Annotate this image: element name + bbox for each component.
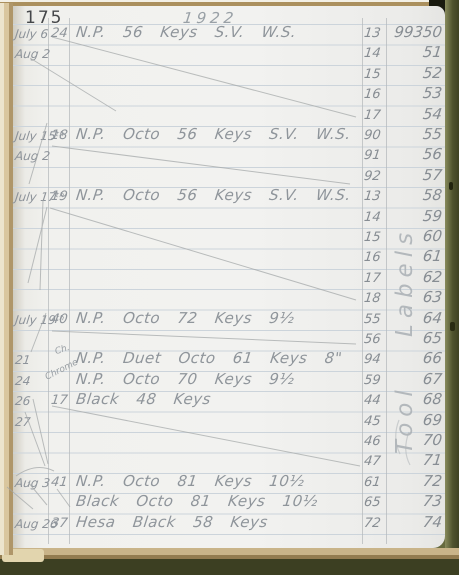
cell-date: 27 xyxy=(14,412,32,433)
cell-n1: 16 xyxy=(363,84,382,105)
ledger-row: 4670 xyxy=(13,432,445,453)
cell-n2: 67 xyxy=(383,369,444,390)
cell-n1: 14 xyxy=(363,43,382,64)
cell-n2: 56 xyxy=(383,144,444,165)
cell-n2: 68 xyxy=(383,389,444,410)
page-stack-bottom-edge xyxy=(0,548,459,575)
cell-n2: 63 xyxy=(383,287,444,308)
ledger-row: July 17ᵗʰ19N.P. Octo 56 Keys S.V. W.S.13… xyxy=(13,187,445,208)
cell-n2: 65 xyxy=(383,328,444,349)
cell-n1: 56 xyxy=(363,329,382,350)
cell-n2: 69 xyxy=(383,410,444,431)
cell-n1: 13 xyxy=(363,186,382,207)
ledger-row: 1653 xyxy=(13,85,445,106)
cell-n2: 70 xyxy=(383,430,444,451)
cell-desc: N.P. Octo 56 Keys S.V. W.S. xyxy=(75,124,352,145)
cell-n1: 46 xyxy=(363,431,382,452)
cell-n2: 62 xyxy=(383,267,444,288)
cell-n2: 74 xyxy=(383,512,444,533)
cell-n2: 53 xyxy=(383,83,444,104)
cell-n1: 45 xyxy=(363,411,382,432)
cell-n1: 17 xyxy=(363,105,382,126)
cell-n2: 66 xyxy=(383,348,444,369)
cell-desc: Black 48 Keys xyxy=(75,389,213,410)
ledger-row: 2617Black 48 Keys4468 xyxy=(13,391,445,412)
cell-n1: 44 xyxy=(363,390,382,411)
cell-item: 19 xyxy=(50,186,69,207)
cell-n2: 51 xyxy=(383,42,444,63)
cell-n1: 92 xyxy=(363,166,382,187)
cover-speck xyxy=(450,322,455,331)
cell-n2: 99350 xyxy=(383,22,444,43)
cell-date: 24 xyxy=(14,371,32,392)
binding-edge-left xyxy=(0,3,13,555)
cell-n1: 94 xyxy=(363,349,382,370)
cell-desc: Black Octo 81 Keys 10½ xyxy=(75,491,319,512)
cell-n1: 65 xyxy=(363,492,382,513)
ledger-row: 1560 xyxy=(13,228,445,249)
scanned-ledger-photo: 175 1922 Tool Labels Ch. Chrome July 624… xyxy=(0,0,459,575)
cell-n1: 55 xyxy=(363,309,382,330)
cell-item: 37 xyxy=(50,513,69,534)
ledger-row: July 19ᵗʰ40N.P. Octo 72 Keys 9½5564 xyxy=(13,310,445,331)
cell-item: 40 xyxy=(50,309,69,330)
cell-desc: N.P. Octo 81 Keys 10½ xyxy=(75,471,306,492)
cell-n2: 52 xyxy=(383,63,444,84)
cell-n1: 15 xyxy=(363,64,382,85)
cell-date: July 6 xyxy=(14,24,50,45)
ledger-row: 1762 xyxy=(13,269,445,290)
ledger-row: July 624N.P. 56 Keys S.V. W.S.1399350 xyxy=(13,24,445,45)
cell-n1: 14 xyxy=(363,207,382,228)
cell-desc: N.P. 56 Keys S.V. W.S. xyxy=(75,22,298,43)
cell-n1: 13 xyxy=(363,23,382,44)
cell-date: Aug 2 xyxy=(14,44,51,65)
cell-n1: 91 xyxy=(363,145,382,166)
ledger-row: Aug 2637Hesa Black 58 Keys7274 xyxy=(13,514,445,535)
cell-n1: 47 xyxy=(363,451,382,472)
cell-n1: 15 xyxy=(363,227,382,248)
cell-desc: N.P. Octo 56 Keys S.V. W.S. xyxy=(75,185,352,206)
cell-n2: 54 xyxy=(383,104,444,125)
cell-n1: 90 xyxy=(363,125,382,146)
cell-desc: N.P. Octo 72 Keys 9½ xyxy=(75,308,296,329)
ledger-row: 1459 xyxy=(13,208,445,229)
cell-n1: 59 xyxy=(363,370,382,391)
cell-n2: 71 xyxy=(383,450,444,471)
cell-n1: 18 xyxy=(363,288,382,309)
cell-n2: 58 xyxy=(383,185,444,206)
cell-date: Aug 2 xyxy=(14,146,51,167)
cell-item: 24 xyxy=(50,23,69,44)
cell-n2: 61 xyxy=(383,246,444,267)
cell-n2: 64 xyxy=(383,308,444,329)
ledger-row: Aug 29156 xyxy=(13,146,445,167)
ledger-row: 1552 xyxy=(13,65,445,86)
cell-n2: 60 xyxy=(383,226,444,247)
ledger-row: Aug 21451 xyxy=(13,44,445,65)
cell-item: 17 xyxy=(50,390,69,411)
ledger-row: 1661 xyxy=(13,248,445,269)
ledger-row: 274569 xyxy=(13,412,445,433)
ledger-page: 175 1922 Tool Labels Ch. Chrome July 624… xyxy=(13,6,445,548)
cell-n1: 61 xyxy=(363,472,382,493)
ledger-row: July 15ᵗʰ18N.P. Octo 56 Keys S.V. W.S.90… xyxy=(13,126,445,147)
cell-n2: 73 xyxy=(383,491,444,512)
cell-date: Aug 3 xyxy=(14,473,51,494)
book-cover-right xyxy=(445,0,459,575)
cell-item: 41 xyxy=(50,472,69,493)
cell-desc: Hesa Black 58 Keys xyxy=(75,512,269,533)
cell-desc: N.P. Octo 70 Keys 9½ xyxy=(75,369,296,390)
cell-n2: 59 xyxy=(383,206,444,227)
cell-n2: 57 xyxy=(383,165,444,186)
cell-item: 18 xyxy=(50,125,69,146)
cell-date: 21 xyxy=(14,350,32,371)
cell-n1: 16 xyxy=(363,247,382,268)
cell-n2: 55 xyxy=(383,124,444,145)
cell-n1: 72 xyxy=(363,513,382,534)
cell-n1: 17 xyxy=(363,268,382,289)
cell-desc: N.P. Duet Octo 61 Keys 8" xyxy=(75,348,344,369)
cell-n2: 72 xyxy=(383,471,444,492)
cover-speck xyxy=(449,182,453,190)
cell-date: 26 xyxy=(14,391,32,412)
